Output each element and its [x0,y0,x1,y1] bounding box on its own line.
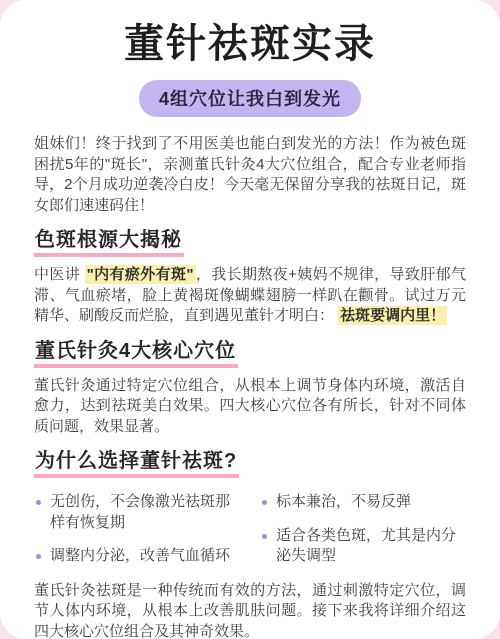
bullet-column-left: 无创伤，不会像激光祛斑那样有恢复期 调整内分泌，改善气血循环 [36,492,240,567]
root-cause-text-1: 中医讲 [34,266,85,283]
bullet-label: 适合各类色斑，尤其是内分泌失调型 [276,526,466,567]
bullet-label: 无创伤，不会像激光祛斑那样有恢复期 [50,492,240,533]
outro-paragraph: 董氏针灸祛斑是一种传统而有效的方法，通过刺激特定穴位，调节人体内环境，从根本上改… [34,581,466,639]
intro-paragraph: 姐妹们！终于找到了不用医美也能白到发光的方法！作为被色斑困扰5年的"斑长"，亲测… [34,134,466,216]
bullet-label: 调整内分泌，改善气血循环 [50,546,230,567]
subtitle-badge: 4组穴位让我白到发光 [139,80,361,117]
bullet-dot-icon [262,534,267,539]
highlight-phrase-2: 祛斑要调内里！ [338,306,447,325]
article-card: 董针祛斑实录 4组穴位让我白到发光 姐妹们！终于找到了不用医美也能白到发光的方法… [0,0,500,639]
section-heading-core-points: 董氏针灸4大核心穴位 [34,340,238,368]
list-item: 适合各类色斑，尤其是内分泌失调型 [262,526,466,567]
highlight-phrase-1: "内有瘀外有斑" [85,265,196,284]
list-item: 标本兼治，不易反弹 [262,492,466,513]
bullet-dot-icon [36,554,41,559]
page-title: 董针祛斑实录 [34,20,466,68]
bullet-column-right: 标本兼治，不易反弹 适合各类色斑，尤其是内分泌失调型 [262,492,466,567]
root-cause-paragraph: 中医讲 "内有瘀外有斑"，我长期熬夜+姨妈不规律，导致肝郁气滞、气血瘀堵，脸上黄… [34,265,466,327]
benefits-bullet-grid: 无创伤，不会像激光祛斑那样有恢复期 调整内分泌，改善气血循环 标本兼治，不易反弹… [36,492,466,567]
bullet-dot-icon [36,500,41,505]
section-heading-root-cause: 色斑根源大揭秘 [34,229,184,257]
core-points-paragraph: 董氏针灸通过特定穴位组合，从根本上调节身体内环境，激活自愈力，达到祛斑美白效果。… [34,376,466,438]
bullet-label: 标本兼治，不易反弹 [276,492,411,513]
list-item: 调整内分泌，改善气血循环 [36,546,240,567]
list-item: 无创伤，不会像激光祛斑那样有恢复期 [36,492,240,533]
badge-row: 4组穴位让我白到发光 [34,80,466,117]
section-heading-why: 为什么选择董针祛斑? [34,450,239,478]
bullet-dot-icon [262,500,267,505]
